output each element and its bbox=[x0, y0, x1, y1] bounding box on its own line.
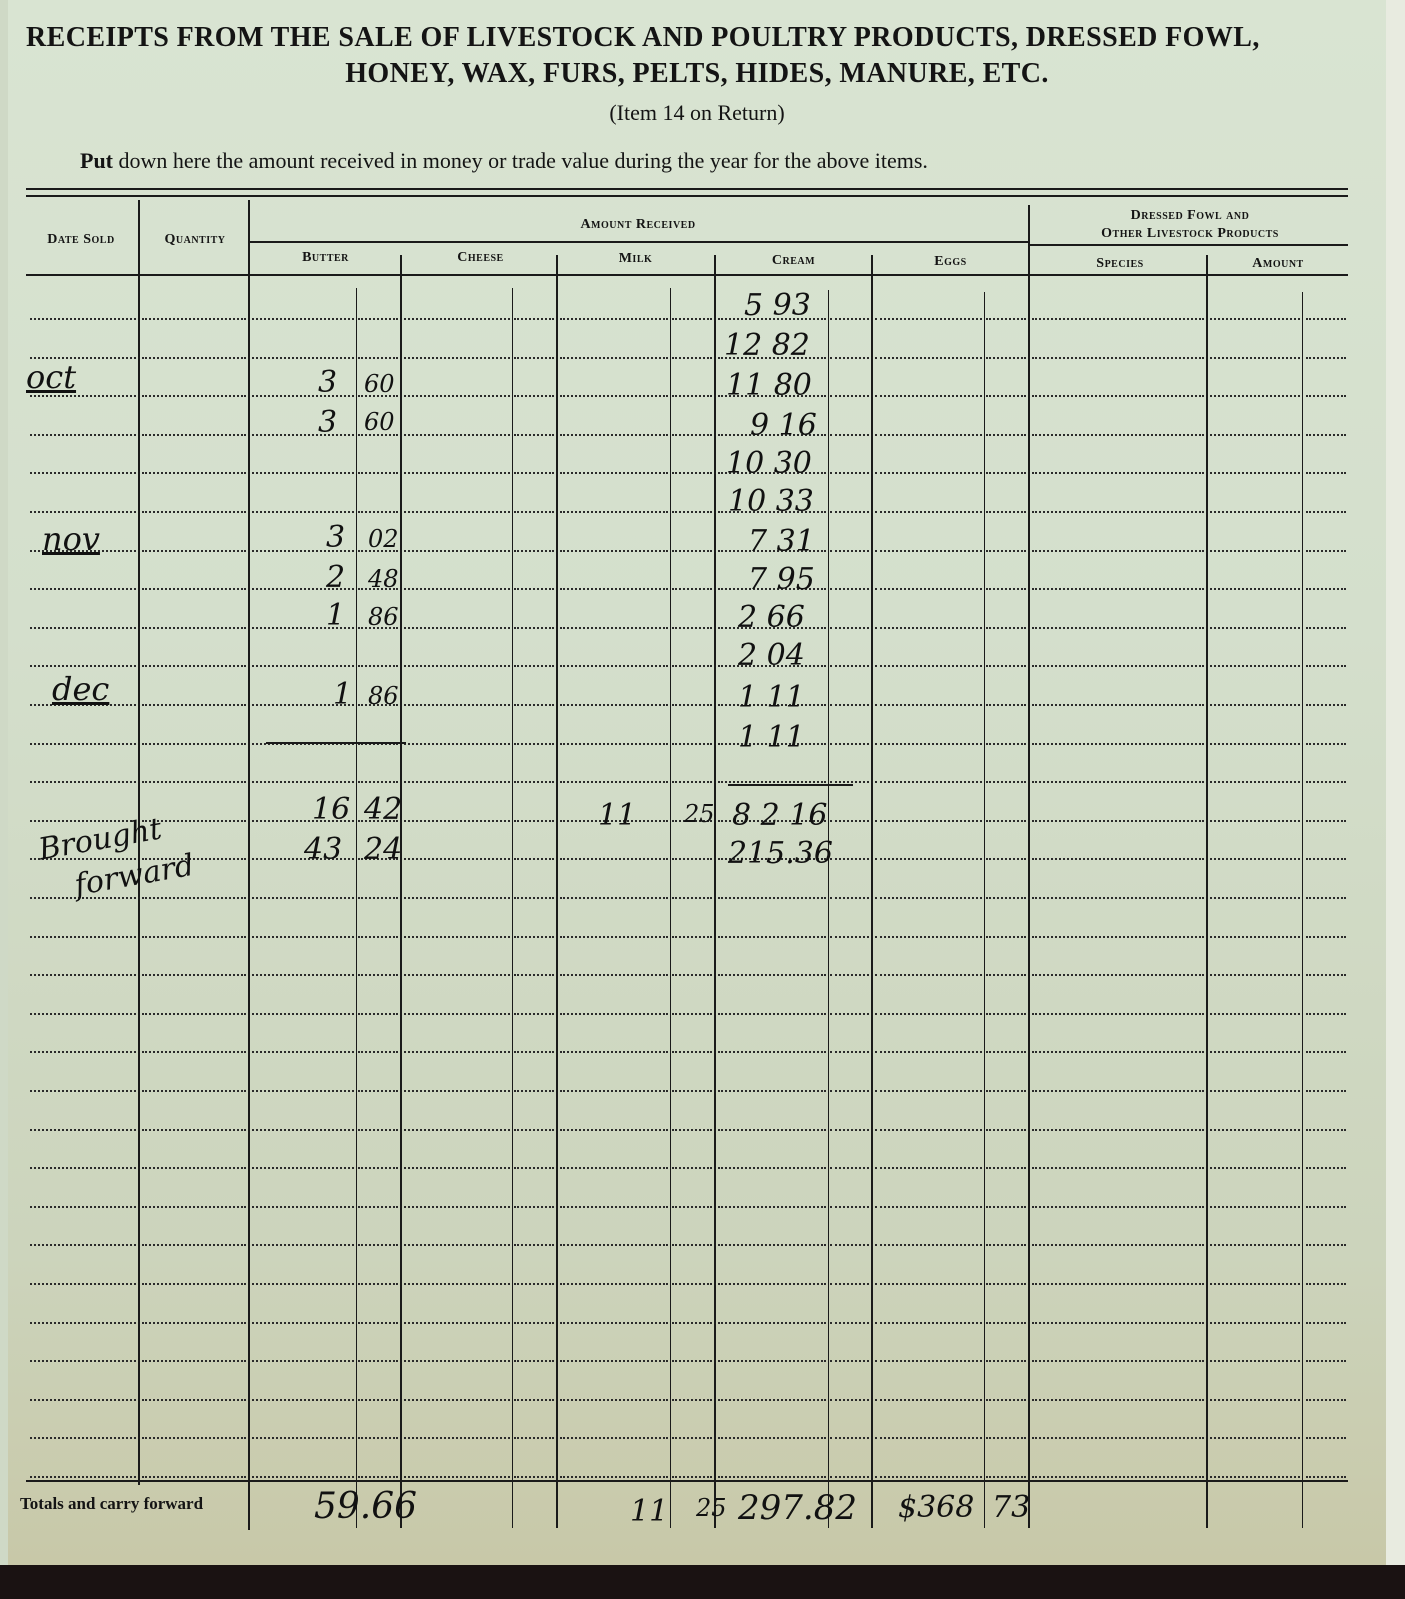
header-amount: Amount bbox=[1208, 256, 1348, 272]
ledger-dotted-line bbox=[672, 858, 712, 860]
col-rule-cheese bbox=[556, 255, 558, 1528]
ledger-dotted-line bbox=[1306, 318, 1346, 320]
ledger-dotted-line bbox=[986, 511, 1026, 513]
ledger-dotted-line bbox=[514, 781, 554, 783]
totals-rule bbox=[26, 1480, 1348, 1482]
ledger-dotted-line bbox=[404, 1283, 510, 1285]
ledger-dotted-line bbox=[1306, 974, 1346, 976]
ledger-dotted-line bbox=[142, 1167, 246, 1169]
ledger-dotted-line bbox=[142, 1322, 246, 1324]
ledger-dotted-line bbox=[30, 627, 136, 629]
cream-entry: 10 30 bbox=[726, 446, 812, 481]
ledger-dotted-line bbox=[1032, 1399, 1204, 1401]
ledger-dotted-line bbox=[514, 357, 554, 359]
ledger-dotted-line bbox=[358, 357, 398, 359]
ledger-dotted-line bbox=[142, 704, 246, 706]
ledger-dotted-line bbox=[672, 1129, 712, 1131]
ledger-dotted-line bbox=[560, 974, 668, 976]
ledger-dotted-line bbox=[252, 1283, 354, 1285]
ledger-dotted-line bbox=[672, 1322, 712, 1324]
ledger-dotted-line bbox=[252, 1206, 354, 1208]
ledger-dotted-line bbox=[718, 1283, 826, 1285]
ledger-dotted-line bbox=[830, 1090, 869, 1092]
ledger-dotted-line bbox=[1306, 627, 1346, 629]
ledger-dotted-line bbox=[830, 1437, 869, 1439]
ledger-dotted-line bbox=[252, 1090, 354, 1092]
ledger-dotted-line bbox=[672, 781, 712, 783]
ledger-dotted-line bbox=[142, 357, 246, 359]
ledger-dotted-line bbox=[30, 318, 136, 320]
ledger-dotted-line bbox=[986, 936, 1026, 938]
ledger-dotted-line bbox=[875, 897, 982, 899]
ledger-dotted-line bbox=[830, 434, 869, 436]
cream-entry: 11 80 bbox=[726, 368, 812, 403]
cream-entry: 1 11 bbox=[738, 720, 805, 755]
ledger-dotted-line bbox=[875, 318, 982, 320]
ledger-dotted-line bbox=[875, 1360, 982, 1362]
ledger-dotted-line bbox=[404, 1129, 510, 1131]
ledger-dotted-line bbox=[560, 1322, 668, 1324]
ledger-dotted-line bbox=[986, 1322, 1026, 1324]
ledger-dotted-line bbox=[986, 357, 1026, 359]
ledger-dotted-line bbox=[1210, 1437, 1300, 1439]
ledger-dotted-line bbox=[672, 1206, 712, 1208]
ledger-dotted-line bbox=[560, 318, 668, 320]
ledger-dotted-line bbox=[1210, 1360, 1300, 1362]
ledger-dotted-line bbox=[875, 1051, 982, 1053]
ledger-dotted-line bbox=[142, 1283, 246, 1285]
ledger-dotted-line bbox=[358, 472, 398, 474]
ledger-dotted-line bbox=[142, 1051, 246, 1053]
ledger-dotted-line bbox=[830, 472, 869, 474]
ledger-dotted-line bbox=[986, 1244, 1026, 1246]
ledger-dotted-line bbox=[30, 1013, 136, 1015]
ledger-dotted-line bbox=[672, 1476, 712, 1478]
col-rule-eggs bbox=[1028, 205, 1030, 1528]
ledger-dotted-line bbox=[718, 936, 826, 938]
ledger-dotted-line bbox=[986, 588, 1026, 590]
header-quantity: Quantity bbox=[140, 232, 250, 248]
ledger-dotted-line bbox=[672, 472, 712, 474]
ledger-dotted-line bbox=[1306, 936, 1346, 938]
ledger-dotted-line bbox=[986, 1476, 1026, 1478]
total-eggs-cents: 73 bbox=[992, 1490, 1030, 1525]
ledger-dotted-line bbox=[404, 665, 510, 667]
header-species: Species bbox=[1030, 256, 1210, 272]
ledger-dotted-line bbox=[404, 1090, 510, 1092]
ledger-dotted-line bbox=[830, 704, 869, 706]
ledger-dotted-line bbox=[560, 665, 668, 667]
ledger-dotted-line bbox=[672, 434, 712, 436]
ledger-dotted-line bbox=[1032, 550, 1204, 552]
ledger-dotted-line bbox=[672, 511, 712, 513]
ledger-dotted-line bbox=[830, 936, 869, 938]
ledger-dotted-line bbox=[1210, 588, 1300, 590]
ledger-dotted-line bbox=[1032, 1129, 1204, 1131]
page-title-line1: RECEIPTS FROM THE SALE OF LIVESTOCK AND … bbox=[26, 22, 1366, 54]
ledger-dotted-line bbox=[830, 1167, 869, 1169]
ledger-dotted-line bbox=[1032, 1013, 1204, 1015]
butter-sum-line bbox=[266, 742, 406, 744]
ledger-dotted-line bbox=[142, 665, 246, 667]
ledger-dotted-line bbox=[30, 1051, 136, 1053]
cream-entry: 5 93 bbox=[744, 288, 811, 323]
ledger-dotted-line bbox=[875, 550, 982, 552]
ledger-dotted-line bbox=[358, 1437, 398, 1439]
ledger-dotted-line bbox=[404, 858, 510, 860]
ledger-dotted-line bbox=[514, 318, 554, 320]
header-amount-received: Amount Received bbox=[248, 217, 1028, 233]
page-edge bbox=[1386, 0, 1405, 1565]
ledger-dotted-line bbox=[404, 511, 510, 513]
ledger-dotted-line bbox=[830, 395, 869, 397]
ledger-dotted-line bbox=[514, 858, 554, 860]
ledger-dotted-line bbox=[1210, 395, 1300, 397]
ledger-dotted-line bbox=[1306, 1399, 1346, 1401]
ledger-dotted-line bbox=[514, 395, 554, 397]
ledger-dotted-line bbox=[1032, 434, 1204, 436]
ledger-dotted-line bbox=[560, 1283, 668, 1285]
ledger-dotted-line bbox=[514, 1283, 554, 1285]
ledger-dotted-line bbox=[514, 1322, 554, 1324]
total-milk-cents: 25 bbox=[696, 1494, 727, 1522]
ledger-dotted-line bbox=[718, 1322, 826, 1324]
month-dec: dec bbox=[52, 670, 109, 708]
ledger-dotted-line bbox=[1306, 434, 1346, 436]
ledger-dotted-line bbox=[142, 395, 246, 397]
ledger-dotted-line bbox=[404, 550, 510, 552]
ledger-dotted-line bbox=[252, 936, 354, 938]
ledger-dotted-line bbox=[830, 1129, 869, 1131]
ledger-dotted-line bbox=[1306, 1283, 1346, 1285]
ledger-dotted-line bbox=[252, 1129, 354, 1131]
ledger-dotted-line bbox=[252, 1476, 354, 1478]
ledger-dotted-line bbox=[560, 588, 668, 590]
ledger-dotted-line bbox=[252, 472, 354, 474]
page-subtitle: (Item 14 on Return) bbox=[8, 100, 1386, 126]
ledger-dotted-line bbox=[404, 357, 510, 359]
ledger-dotted-line bbox=[1032, 704, 1204, 706]
ledger-dotted-line bbox=[986, 1129, 1026, 1131]
cream-entry: 12 82 bbox=[724, 328, 810, 363]
ledger-dotted-line bbox=[30, 1090, 136, 1092]
ledger-dotted-line bbox=[252, 1013, 354, 1015]
ledger-dotted-line bbox=[142, 781, 246, 783]
milk-dollars: 11 bbox=[598, 798, 636, 833]
ledger-dotted-line bbox=[404, 627, 510, 629]
ledger-dotted-line bbox=[986, 1013, 1026, 1015]
ledger-dotted-line bbox=[830, 1399, 869, 1401]
ledger-dotted-line bbox=[830, 1476, 869, 1478]
ledger-dotted-line bbox=[1210, 1129, 1300, 1131]
butter-dollars: 16 bbox=[312, 792, 350, 827]
ledger-dotted-line bbox=[358, 318, 398, 320]
ledger-dotted-line bbox=[514, 1129, 554, 1131]
ledger-dotted-line bbox=[830, 743, 869, 745]
ledger-dotted-line bbox=[1306, 550, 1346, 552]
ledger-dotted-line bbox=[1306, 1129, 1346, 1131]
ledger-dotted-line bbox=[358, 1322, 398, 1324]
ledger-dotted-line bbox=[672, 1283, 712, 1285]
ledger-dotted-line bbox=[560, 1437, 668, 1439]
ledger-dotted-line bbox=[1032, 1322, 1204, 1324]
ledger-dotted-line bbox=[1306, 1437, 1346, 1439]
ledger-dotted-line bbox=[1306, 1013, 1346, 1015]
ledger-dotted-line bbox=[672, 550, 712, 552]
ledger-dotted-line bbox=[514, 434, 554, 436]
ledger-dotted-line bbox=[1210, 511, 1300, 513]
ledger-dotted-line bbox=[875, 588, 982, 590]
cream-brought-forward: 215.36 bbox=[728, 836, 833, 871]
ledger-dotted-line bbox=[404, 1437, 510, 1439]
ledger-dotted-line bbox=[718, 1206, 826, 1208]
ledger-dotted-line bbox=[1306, 511, 1346, 513]
ledger-dotted-line bbox=[404, 395, 510, 397]
ledger-dotted-line bbox=[875, 434, 982, 436]
ledger-dotted-line bbox=[30, 434, 136, 436]
butter-dollars: 3 bbox=[318, 365, 337, 400]
butter-cents: 60 bbox=[364, 370, 395, 398]
ledger-dotted-line bbox=[252, 1437, 354, 1439]
ledger-dotted-line bbox=[404, 1206, 510, 1208]
ledger-dotted-line bbox=[358, 1476, 398, 1478]
ledger-dotted-line bbox=[30, 511, 136, 513]
ledger-dotted-line bbox=[672, 704, 712, 706]
ledger-dotted-line bbox=[1306, 588, 1346, 590]
ledger-dotted-line bbox=[718, 1051, 826, 1053]
ledger-dotted-line bbox=[672, 665, 712, 667]
ledger-dotted-line bbox=[404, 1167, 510, 1169]
ledger-dotted-line bbox=[1032, 1437, 1204, 1439]
ledger-dotted-line bbox=[875, 1167, 982, 1169]
ledger-dotted-line bbox=[986, 434, 1026, 436]
ledger-dotted-line bbox=[875, 1476, 982, 1478]
butter-dollars: 43 bbox=[304, 832, 342, 867]
ledger-dotted-line bbox=[672, 974, 712, 976]
ledger-dotted-line bbox=[514, 743, 554, 745]
ledger-dotted-line bbox=[30, 743, 136, 745]
ledger-dotted-line bbox=[404, 704, 510, 706]
ledger-dotted-line bbox=[252, 665, 354, 667]
ledger-dotted-line bbox=[142, 627, 246, 629]
ledger-dotted-line bbox=[142, 1090, 246, 1092]
ledger-dotted-line bbox=[358, 1013, 398, 1015]
ledger-dotted-line bbox=[1210, 781, 1300, 783]
ledger-dotted-line bbox=[1306, 395, 1346, 397]
ledger-dotted-line bbox=[560, 704, 668, 706]
ledger-dotted-line bbox=[404, 781, 510, 783]
ledger-dotted-line bbox=[986, 1360, 1026, 1362]
ledger-dotted-line bbox=[672, 1360, 712, 1362]
ledger-dotted-line bbox=[986, 1399, 1026, 1401]
ledger-dotted-line bbox=[830, 357, 869, 359]
cream-entry: 10 33 bbox=[728, 484, 814, 519]
ledger-dotted-line bbox=[875, 395, 982, 397]
ledger-dotted-line bbox=[1306, 858, 1346, 860]
header-eggs: Eggs bbox=[873, 254, 1028, 270]
ledger-dotted-line bbox=[514, 974, 554, 976]
instruction-text: Put down here the amount received in mon… bbox=[80, 148, 928, 174]
ledger-dotted-line bbox=[986, 897, 1026, 899]
ledger-dotted-line bbox=[875, 1244, 982, 1246]
cream-sum-line bbox=[728, 784, 853, 786]
cream-entry: 2 66 bbox=[738, 600, 805, 635]
ledger-dotted-line bbox=[1210, 704, 1300, 706]
ledger-dotted-line bbox=[986, 820, 1026, 822]
ledger-dotted-line bbox=[1032, 472, 1204, 474]
ledger-dotted-line bbox=[875, 511, 982, 513]
ledger-dotted-line bbox=[358, 1244, 398, 1246]
ledger-dotted-line bbox=[986, 743, 1026, 745]
ledger-dotted-line bbox=[560, 357, 668, 359]
ledger-dotted-line bbox=[560, 1167, 668, 1169]
ledger-dotted-line bbox=[252, 1399, 354, 1401]
cream-entry: 7 95 bbox=[748, 562, 815, 597]
header-cream: Cream bbox=[716, 253, 871, 269]
ledger-dotted-line bbox=[358, 936, 398, 938]
ledger-dotted-line bbox=[514, 511, 554, 513]
ledger-dotted-line bbox=[514, 1090, 554, 1092]
ledger-dotted-line bbox=[986, 1167, 1026, 1169]
ledger-dotted-line bbox=[830, 1360, 869, 1362]
ledger-dotted-line bbox=[718, 1399, 826, 1401]
ledger-dotted-line bbox=[830, 1206, 869, 1208]
ledger-dotted-line bbox=[1032, 820, 1204, 822]
col-rule-milk bbox=[714, 255, 716, 1528]
ledger-dotted-line bbox=[514, 1244, 554, 1246]
col-rule-milk-cents bbox=[670, 288, 671, 1528]
ledger-dotted-line bbox=[875, 1322, 982, 1324]
ledger-dotted-line bbox=[514, 472, 554, 474]
amount-received-rule bbox=[248, 241, 1028, 243]
ledger-dotted-line bbox=[1306, 743, 1346, 745]
ledger-dotted-line bbox=[252, 1322, 354, 1324]
ledger-dotted-line bbox=[30, 1322, 136, 1324]
ledger-dotted-line bbox=[358, 1399, 398, 1401]
ledger-dotted-line bbox=[404, 974, 510, 976]
ledger-dotted-line bbox=[404, 1476, 510, 1478]
ledger-dotted-line bbox=[875, 1090, 982, 1092]
ledger-dotted-line bbox=[986, 1283, 1026, 1285]
ledger-dotted-line bbox=[142, 1244, 246, 1246]
butter-dollars: 2 bbox=[326, 560, 345, 595]
ledger-dotted-line bbox=[252, 434, 354, 436]
ledger-dotted-line bbox=[404, 820, 510, 822]
ledger-dotted-line bbox=[830, 511, 869, 513]
ledger-dotted-line bbox=[30, 1476, 136, 1478]
ledger-dotted-line bbox=[875, 1206, 982, 1208]
ledger-dotted-line bbox=[1032, 781, 1204, 783]
ledger-dotted-line bbox=[875, 936, 982, 938]
ledger-dotted-line bbox=[30, 1360, 136, 1362]
ledger-dotted-line bbox=[142, 936, 246, 938]
col-rule-cheese-cents bbox=[512, 288, 513, 1528]
ledger-page: RECEIPTS FROM THE SALE OF LIVESTOCK AND … bbox=[8, 0, 1386, 1565]
ledger-dotted-line bbox=[514, 897, 554, 899]
ledger-dotted-line bbox=[30, 1283, 136, 1285]
ledger-dotted-line bbox=[252, 511, 354, 513]
ledger-dotted-line bbox=[1032, 936, 1204, 938]
ledger-dotted-line bbox=[358, 511, 398, 513]
ledger-dotted-line bbox=[1210, 1090, 1300, 1092]
ledger-dotted-line bbox=[560, 395, 668, 397]
ledger-dotted-line bbox=[1210, 897, 1300, 899]
ledger-dotted-line bbox=[830, 1283, 869, 1285]
ledger-dotted-line bbox=[1306, 472, 1346, 474]
ledger-dotted-line bbox=[718, 897, 826, 899]
ledger-dotted-line bbox=[718, 1360, 826, 1362]
milk-cents: 25 bbox=[684, 800, 715, 828]
background-table bbox=[0, 1565, 1405, 1599]
ledger-dotted-line bbox=[718, 1476, 826, 1478]
ledger-dotted-line bbox=[1306, 1090, 1346, 1092]
ledger-dotted-line bbox=[875, 858, 982, 860]
butter-cents: 42 bbox=[364, 792, 402, 827]
ledger-dotted-line bbox=[404, 897, 510, 899]
ledger-dotted-line bbox=[830, 1013, 869, 1015]
butter-dollars: 3 bbox=[318, 405, 337, 440]
ledger-dotted-line bbox=[1210, 743, 1300, 745]
cream-entry: 1 11 bbox=[738, 680, 805, 715]
ledger-dotted-line bbox=[404, 1013, 510, 1015]
ledger-dotted-line bbox=[404, 1360, 510, 1362]
ledger-dotted-line bbox=[560, 781, 668, 783]
ledger-dotted-line bbox=[672, 1399, 712, 1401]
ledger-dotted-line bbox=[875, 357, 982, 359]
ledger-dotted-line bbox=[1210, 1244, 1300, 1246]
ledger-dotted-line bbox=[142, 434, 246, 436]
col-rule-butter bbox=[400, 255, 402, 1528]
ledger-dotted-line bbox=[1306, 1051, 1346, 1053]
ledger-dotted-line bbox=[560, 1090, 668, 1092]
total-cream: 297.82 bbox=[738, 1488, 857, 1528]
ledger-dotted-line bbox=[514, 1206, 554, 1208]
ledger-dotted-line bbox=[1210, 1399, 1300, 1401]
ledger-dotted-line bbox=[560, 627, 668, 629]
col-rule-species bbox=[1206, 255, 1208, 1528]
ledger-dotted-line bbox=[875, 1129, 982, 1131]
header-bottom-rule bbox=[26, 274, 1348, 276]
ledger-dotted-line bbox=[142, 974, 246, 976]
ledger-dotted-line bbox=[672, 395, 712, 397]
ledger-dotted-line bbox=[560, 511, 668, 513]
ledger-dotted-line bbox=[718, 1167, 826, 1169]
ledger-dotted-line bbox=[560, 1013, 668, 1015]
header-milk: Milk bbox=[558, 251, 713, 267]
ledger-dotted-line bbox=[252, 1244, 354, 1246]
ledger-dotted-line bbox=[875, 472, 982, 474]
ledger-dotted-line bbox=[30, 1244, 136, 1246]
ledger-dotted-line bbox=[358, 1360, 398, 1362]
totals-label: Totals and carry forward bbox=[20, 1494, 203, 1514]
ledger-dotted-line bbox=[1306, 1360, 1346, 1362]
ledger-dotted-line bbox=[560, 550, 668, 552]
ledger-dotted-line bbox=[830, 588, 869, 590]
ledger-dotted-line bbox=[358, 1051, 398, 1053]
top-rule-2 bbox=[26, 195, 1348, 197]
ledger-dotted-line bbox=[718, 974, 826, 976]
ledger-dotted-line bbox=[830, 974, 869, 976]
ledger-dotted-line bbox=[30, 665, 136, 667]
ledger-dotted-line bbox=[1032, 395, 1204, 397]
ledger-dotted-line bbox=[672, 627, 712, 629]
instruction-bold: Put bbox=[80, 148, 113, 173]
ledger-dotted-line bbox=[252, 395, 354, 397]
header-butter: Butter bbox=[248, 250, 403, 266]
dressed-fowl-rule bbox=[1030, 244, 1348, 246]
butter-cents: 24 bbox=[364, 832, 402, 867]
ledger-dotted-line bbox=[672, 318, 712, 320]
